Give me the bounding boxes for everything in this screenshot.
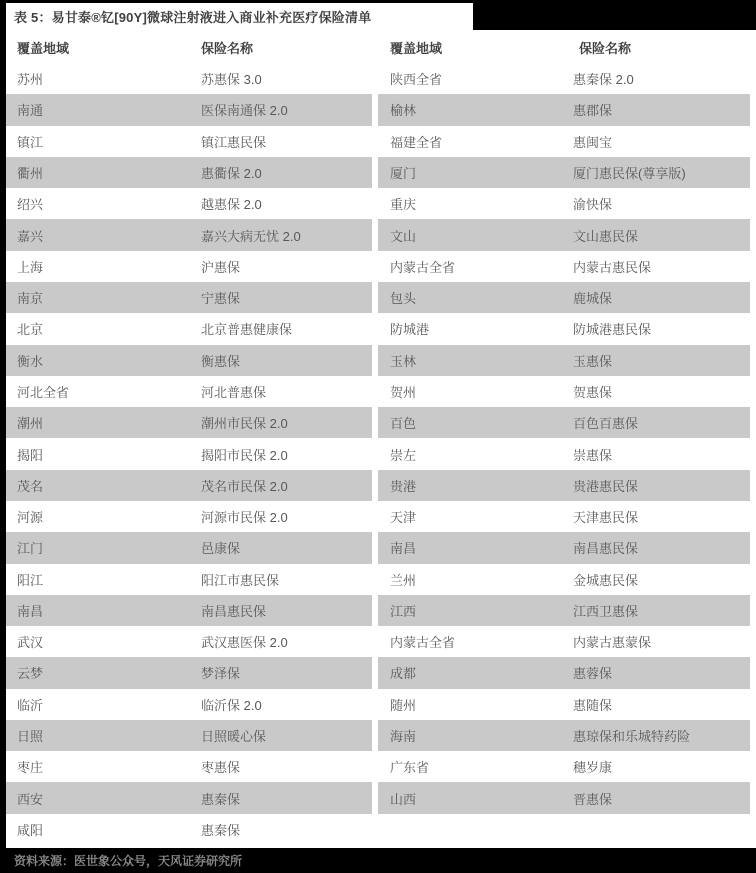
row-right-half: 福建全省 惠闽宝 <box>378 126 750 157</box>
table-title-block: 表 5：易甘泰®钇[90Y]微球注射液进入商业补充医疗保险清单 <box>6 3 473 30</box>
insurance-cell: 晋惠保 <box>567 789 750 808</box>
row-right-margin <box>750 188 756 219</box>
table-row: 北京 北京普惠健康保 防城港 防城港惠民保 <box>6 313 756 344</box>
insurance-cell: 贵港惠民保 <box>567 476 750 495</box>
insurance-cell: 北京普惠健康保 <box>201 319 372 338</box>
insurance-cell: 茂名市民保 2.0 <box>201 476 372 495</box>
insurance-cell: 惠随保 <box>567 695 750 714</box>
row-right-half: 厦门 厦门惠民保(尊享版) <box>378 157 750 188</box>
row-right-margin <box>750 532 756 563</box>
row-left-half: 武汉 武汉惠医保 2.0 <box>6 626 372 657</box>
row-right-half: 内蒙古全省 内蒙古惠蒙保 <box>378 626 750 657</box>
insurance-cell: 河北普惠保 <box>201 382 372 401</box>
insurance-cell: 玉惠保 <box>567 351 750 370</box>
row-right-half: 玉林 玉惠保 <box>378 345 750 376</box>
insurance-cell: 潮州市民保 2.0 <box>201 413 372 432</box>
table-row: 衢州 惠衢保 2.0 厦门 厦门惠民保(尊享版) <box>6 157 756 188</box>
insurance-cell: 崇惠保 <box>567 445 750 464</box>
column-header-insurance-right: 保险名称 <box>573 38 756 57</box>
row-left-half: 阳江 阳江市惠民保 <box>6 564 372 595</box>
table-row: 咸阳 惠秦保 <box>6 814 756 845</box>
region-cell: 嘉兴 <box>6 226 201 245</box>
row-right-margin <box>750 282 756 313</box>
insurance-cell: 贺惠保 <box>567 382 750 401</box>
row-left-half: 茂名 茂名市民保 2.0 <box>6 470 372 501</box>
region-cell: 南昌 <box>378 538 567 557</box>
row-right-margin <box>750 157 756 188</box>
table-row: 上海 沪惠保 内蒙古全省 内蒙古惠民保 <box>6 251 756 282</box>
region-cell: 衢州 <box>6 163 201 182</box>
row-right-half: 海南 惠琼保和乐城特药险 <box>378 720 750 751</box>
insurance-cell: 惠闽宝 <box>567 132 750 151</box>
row-left-half: 云梦 梦泽保 <box>6 657 372 688</box>
table-row: 河源 河源市民保 2.0 天津 天津惠民保 <box>6 501 756 532</box>
insurance-cell: 惠秦保 <box>201 820 372 839</box>
insurance-cell: 惠秦保 <box>201 789 372 808</box>
row-right-half: 随州 惠随保 <box>378 689 750 720</box>
region-cell: 阳江 <box>6 570 201 589</box>
row-left-half: 江门 邑康保 <box>6 532 372 563</box>
insurance-cell: 日照暖心保 <box>201 726 372 745</box>
region-cell: 武汉 <box>6 632 201 651</box>
region-cell: 百色 <box>378 413 567 432</box>
row-right-half: 文山 文山惠民保 <box>378 219 750 250</box>
table-row: 镇江 镇江惠民保 福建全省 惠闽宝 <box>6 126 756 157</box>
row-right-margin <box>750 251 756 282</box>
insurance-cell: 阳江市惠民保 <box>201 570 372 589</box>
region-cell: 包头 <box>378 288 567 307</box>
region-cell: 崇左 <box>378 445 567 464</box>
insurance-cell: 枣惠保 <box>201 757 372 776</box>
row-left-half: 枣庄 枣惠保 <box>6 751 372 782</box>
insurance-cell: 防城港惠民保 <box>567 319 750 338</box>
row-left-half: 南昌 南昌惠民保 <box>6 595 372 626</box>
region-cell: 枣庄 <box>6 757 201 776</box>
region-cell: 镇江 <box>6 132 201 151</box>
row-right-margin <box>750 720 756 751</box>
insurance-cell: 文山惠民保 <box>567 226 750 245</box>
region-cell: 榆林 <box>378 100 567 119</box>
row-right-half: 南昌 南昌惠民保 <box>378 532 750 563</box>
row-left-half: 镇江 镇江惠民保 <box>6 126 372 157</box>
row-left-half: 日照 日照暖心保 <box>6 720 372 751</box>
row-right-margin <box>750 595 756 626</box>
row-right-margin <box>750 407 756 438</box>
region-cell: 南京 <box>6 288 201 307</box>
insurance-cell: 天津惠民保 <box>567 507 750 526</box>
row-left-half: 衡水 衡惠保 <box>6 345 372 376</box>
region-cell: 广东省 <box>378 757 567 776</box>
row-right-half: 防城港 防城港惠民保 <box>378 313 750 344</box>
row-right-margin <box>750 501 756 532</box>
row-left-half: 上海 沪惠保 <box>6 251 372 282</box>
table-row: 西安 惠秦保 山西 晋惠保 <box>6 782 756 813</box>
table-row: 衡水 衡惠保 玉林 玉惠保 <box>6 345 756 376</box>
insurance-cell: 梦泽保 <box>201 663 372 682</box>
region-cell: 兰州 <box>378 570 567 589</box>
row-left-half: 河北全省 河北普惠保 <box>6 376 372 407</box>
row-right-margin <box>750 313 756 344</box>
table-body: 苏州 苏惠保 3.0 陕西全省 惠秦保 2.0 南通 医保南通保 2.0 榆林 … <box>6 63 756 845</box>
region-cell: 西安 <box>6 789 201 808</box>
row-left-half: 南通 医保南通保 2.0 <box>6 94 372 125</box>
region-cell: 天津 <box>378 507 567 526</box>
insurance-cell: 渝快保 <box>567 194 750 213</box>
table-row: 南昌 南昌惠民保 江西 江西卫惠保 <box>6 595 756 626</box>
row-right-margin <box>750 814 756 845</box>
region-cell: 云梦 <box>6 663 201 682</box>
row-left-half: 河源 河源市民保 2.0 <box>6 501 372 532</box>
region-cell: 福建全省 <box>378 132 567 151</box>
row-left-half: 绍兴 越惠保 2.0 <box>6 188 372 219</box>
region-cell: 日照 <box>6 726 201 745</box>
insurance-cell: 镇江惠民保 <box>201 132 372 151</box>
table-title: 表 5：易甘泰®钇[90Y]微球注射液进入商业补充医疗保险清单 <box>6 7 371 26</box>
region-cell: 重庆 <box>378 194 567 213</box>
insurance-cell: 沪惠保 <box>201 257 372 276</box>
row-right-half: 成都 惠蓉保 <box>378 657 750 688</box>
row-left-half: 南京 宁惠保 <box>6 282 372 313</box>
row-left-half: 咸阳 惠秦保 <box>6 814 372 845</box>
row-right-half: 兰州 金城惠民保 <box>378 564 750 595</box>
row-right-margin <box>750 751 756 782</box>
region-cell: 苏州 <box>6 69 201 88</box>
region-cell: 随州 <box>378 695 567 714</box>
insurance-cell: 河源市民保 2.0 <box>201 507 372 526</box>
insurance-cell: 惠秦保 2.0 <box>567 69 750 88</box>
insurance-cell: 苏惠保 3.0 <box>201 69 372 88</box>
row-right-half <box>378 814 750 845</box>
insurance-cell: 厦门惠民保(尊享版) <box>567 163 750 182</box>
row-left-half: 潮州 潮州市民保 2.0 <box>6 407 372 438</box>
insurance-cell: 南昌惠民保 <box>567 538 750 557</box>
row-right-half: 江西 江西卫惠保 <box>378 595 750 626</box>
region-cell: 河北全省 <box>6 382 201 401</box>
row-right-margin <box>750 626 756 657</box>
region-cell: 茂名 <box>6 476 201 495</box>
table-row: 茂名 茂名市民保 2.0 贵港 贵港惠民保 <box>6 470 756 501</box>
region-cell: 江西 <box>378 601 567 620</box>
region-cell: 咸阳 <box>6 820 201 839</box>
row-left-half: 苏州 苏惠保 3.0 <box>6 63 372 94</box>
row-right-half: 百色 百色百惠保 <box>378 407 750 438</box>
row-left-half: 嘉兴 嘉兴大病无忧 2.0 <box>6 219 372 250</box>
row-right-margin <box>750 470 756 501</box>
row-left-half: 北京 北京普惠健康保 <box>6 313 372 344</box>
region-cell: 内蒙古全省 <box>378 632 567 651</box>
insurance-cell: 嘉兴大病无忧 2.0 <box>201 226 372 245</box>
insurance-cell: 金城惠民保 <box>567 570 750 589</box>
column-header-region-right: 覆盖地域 <box>378 38 573 57</box>
insurance-cell: 穗岁康 <box>567 757 750 776</box>
table-row: 枣庄 枣惠保 广东省 穗岁康 <box>6 751 756 782</box>
bottom-accent-rule <box>6 845 756 848</box>
region-cell: 厦门 <box>378 163 567 182</box>
insurance-cell: 鹿城保 <box>567 288 750 307</box>
region-cell: 贵港 <box>378 476 567 495</box>
region-cell: 山西 <box>378 789 567 808</box>
insurance-cell: 内蒙古惠蒙保 <box>567 632 750 651</box>
insurance-cell: 惠琼保和乐城特药险 <box>567 726 750 745</box>
region-cell: 绍兴 <box>6 194 201 213</box>
region-cell: 河源 <box>6 507 201 526</box>
table-row: 南京 宁惠保 包头 鹿城保 <box>6 282 756 313</box>
row-left-half: 西安 惠秦保 <box>6 782 372 813</box>
table-row: 江门 邑康保 南昌 南昌惠民保 <box>6 532 756 563</box>
table-row: 临沂 临沂保 2.0 随州 惠随保 <box>6 689 756 720</box>
region-cell: 潮州 <box>6 413 201 432</box>
row-right-half: 重庆 渝快保 <box>378 188 750 219</box>
insurance-cell: 南昌惠民保 <box>201 601 372 620</box>
row-right-half: 广东省 穗岁康 <box>378 751 750 782</box>
table-row: 嘉兴 嘉兴大病无忧 2.0 文山 文山惠民保 <box>6 219 756 250</box>
row-right-half: 榆林 惠郡保 <box>378 94 750 125</box>
row-right-margin <box>750 63 756 94</box>
insurance-cell: 医保南通保 2.0 <box>201 100 372 119</box>
insurance-cell: 惠郡保 <box>567 100 750 119</box>
row-right-margin <box>750 564 756 595</box>
table-row: 河北全省 河北普惠保 贺州 贺惠保 <box>6 376 756 407</box>
insurance-cell: 武汉惠医保 2.0 <box>201 632 372 651</box>
row-right-margin <box>750 94 756 125</box>
insurance-cell: 衡惠保 <box>201 351 372 370</box>
table-row: 日照 日照暖心保 海南 惠琼保和乐城特药险 <box>6 720 756 751</box>
insurance-table: 覆盖地域 保险名称 覆盖地域 保险名称 苏州 苏惠保 3.0 陕西全省 惠秦保 … <box>6 30 756 848</box>
insurance-cell: 宁惠保 <box>201 288 372 307</box>
table-row: 绍兴 越惠保 2.0 重庆 渝快保 <box>6 188 756 219</box>
row-right-half: 山西 晋惠保 <box>378 782 750 813</box>
table-header-row: 覆盖地域 保险名称 覆盖地域 保险名称 <box>6 33 756 61</box>
table-row: 揭阳 揭阳市民保 2.0 崇左 崇惠保 <box>6 438 756 469</box>
region-cell: 内蒙古全省 <box>378 257 567 276</box>
row-right-half: 内蒙古全省 内蒙古惠民保 <box>378 251 750 282</box>
region-cell: 衡水 <box>6 351 201 370</box>
region-cell: 北京 <box>6 319 201 338</box>
row-right-margin <box>750 376 756 407</box>
row-right-margin <box>750 438 756 469</box>
region-cell: 陕西全省 <box>378 69 567 88</box>
table-row: 武汉 武汉惠医保 2.0 内蒙古全省 内蒙古惠蒙保 <box>6 626 756 657</box>
column-header-insurance-left: 保险名称 <box>201 38 378 57</box>
row-right-half: 陕西全省 惠秦保 2.0 <box>378 63 750 94</box>
row-left-half: 临沂 临沂保 2.0 <box>6 689 372 720</box>
region-cell: 南通 <box>6 100 201 119</box>
row-right-half: 贺州 贺惠保 <box>378 376 750 407</box>
row-right-margin <box>750 219 756 250</box>
region-cell: 揭阳 <box>6 445 201 464</box>
table-row: 阳江 阳江市惠民保 兰州 金城惠民保 <box>6 564 756 595</box>
row-right-margin <box>750 345 756 376</box>
region-cell: 文山 <box>378 226 567 245</box>
source-note: 资料来源：医世象公众号，天风证券研究所 <box>14 852 242 869</box>
row-right-half: 天津 天津惠民保 <box>378 501 750 532</box>
row-right-margin <box>750 689 756 720</box>
table-row: 苏州 苏惠保 3.0 陕西全省 惠秦保 2.0 <box>6 63 756 94</box>
insurance-cell: 内蒙古惠民保 <box>567 257 750 276</box>
region-cell: 成都 <box>378 663 567 682</box>
row-left-half: 衢州 惠衢保 2.0 <box>6 157 372 188</box>
insurance-cell: 惠衢保 2.0 <box>201 163 372 182</box>
row-right-margin <box>750 126 756 157</box>
region-cell: 临沂 <box>6 695 201 714</box>
region-cell: 海南 <box>378 726 567 745</box>
table-row: 潮州 潮州市民保 2.0 百色 百色百惠保 <box>6 407 756 438</box>
region-cell: 江门 <box>6 538 201 557</box>
insurance-cell: 越惠保 2.0 <box>201 194 372 213</box>
insurance-cell: 江西卫惠保 <box>567 601 750 620</box>
region-cell: 玉林 <box>378 351 567 370</box>
region-cell: 上海 <box>6 257 201 276</box>
row-right-margin <box>750 782 756 813</box>
region-cell: 防城港 <box>378 319 567 338</box>
row-right-half: 贵港 贵港惠民保 <box>378 470 750 501</box>
row-right-half: 包头 鹿城保 <box>378 282 750 313</box>
insurance-cell: 揭阳市民保 2.0 <box>201 445 372 464</box>
insurance-cell: 临沂保 2.0 <box>201 695 372 714</box>
table-row: 云梦 梦泽保 成都 惠蓉保 <box>6 657 756 688</box>
table-row: 南通 医保南通保 2.0 榆林 惠郡保 <box>6 94 756 125</box>
row-right-half: 崇左 崇惠保 <box>378 438 750 469</box>
insurance-cell: 惠蓉保 <box>567 663 750 682</box>
region-cell: 南昌 <box>6 601 201 620</box>
column-header-region-left: 覆盖地域 <box>6 38 201 57</box>
row-right-margin <box>750 657 756 688</box>
insurance-cell: 百色百惠保 <box>567 413 750 432</box>
row-left-half: 揭阳 揭阳市民保 2.0 <box>6 438 372 469</box>
insurance-cell: 邑康保 <box>201 538 372 557</box>
region-cell: 贺州 <box>378 382 567 401</box>
